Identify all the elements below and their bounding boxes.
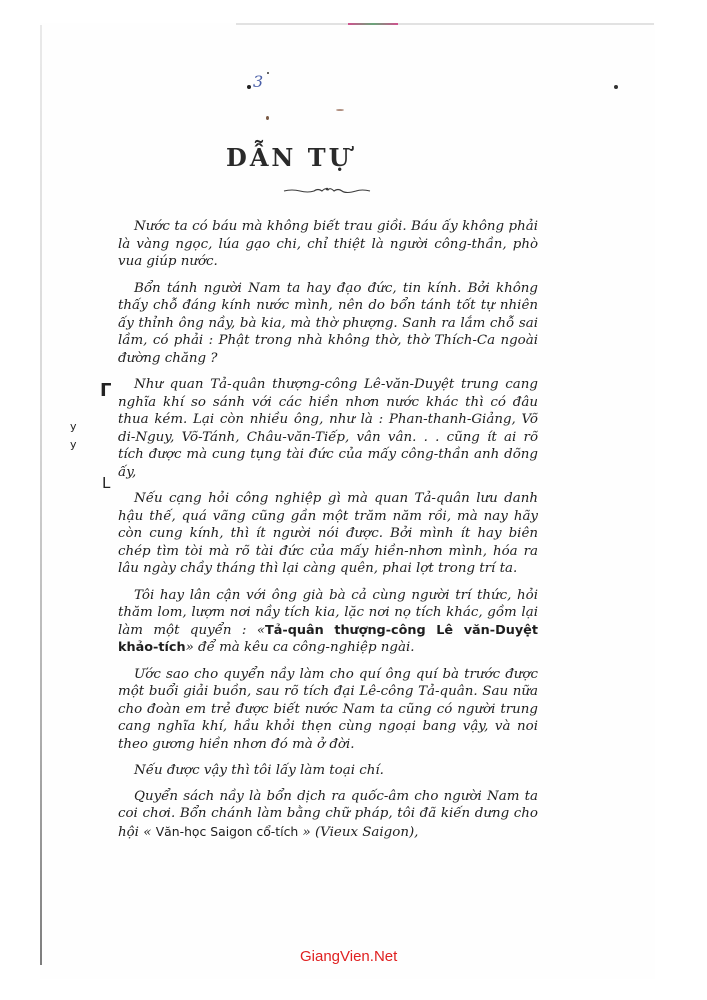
paragraph-text: ), bbox=[409, 825, 418, 840]
margin-bracket-open: Γ bbox=[100, 380, 111, 401]
watermark: GiangVien.Net bbox=[300, 948, 397, 965]
paragraph: Quyển sách nầy là bổn dịch ra quốc-âm ch… bbox=[118, 788, 538, 842]
paragraph: Nếu cạng hỏi công nghiệp gì mà quan Tả-q… bbox=[118, 490, 538, 578]
ink-speck bbox=[336, 109, 344, 111]
paragraph-text: » ( bbox=[298, 825, 320, 840]
paragraph-text: » để mà kêu ca công-nghiệp ngài. bbox=[186, 640, 415, 655]
paragraph: Tôi hay lân cận với ông già bà cả cùng n… bbox=[118, 587, 538, 657]
ink-speck bbox=[614, 85, 618, 89]
page-top-edge bbox=[236, 23, 654, 25]
margin-bracket-close: L bbox=[102, 474, 110, 492]
page-title: DẪN TỰ bbox=[226, 143, 426, 172]
paragraph: Nước ta có báu mà không biết trau giồi. … bbox=[118, 218, 538, 271]
page-left-edge bbox=[40, 25, 42, 965]
paragraph: Nếu được vậy thì tôi lấy làm toại chí. bbox=[118, 762, 538, 780]
ink-speck bbox=[267, 72, 269, 74]
title-ornament-icon bbox=[282, 186, 372, 194]
page-number: 3 bbox=[253, 72, 263, 91]
preface-body: Nước ta có báu mà không biết trau giồi. … bbox=[118, 218, 538, 850]
margin-check-mark: y bbox=[70, 420, 77, 433]
paragraph: Như quan Tả-quân thượng-công Lê-văn-Duyệ… bbox=[118, 376, 538, 481]
society-name: Văn-học Saigon cổ-tích bbox=[156, 824, 299, 839]
ink-speck bbox=[266, 116, 269, 120]
color-stain bbox=[348, 23, 398, 25]
paragraph: Ước sao cho quyển nầy làm cho quí ông qu… bbox=[118, 666, 538, 754]
paragraph: Bổn tánh người Nam ta hay đạo đức, tin k… bbox=[118, 280, 538, 368]
margin-check-mark: y bbox=[70, 438, 77, 451]
french-name: Vieux Saigon bbox=[320, 825, 409, 840]
